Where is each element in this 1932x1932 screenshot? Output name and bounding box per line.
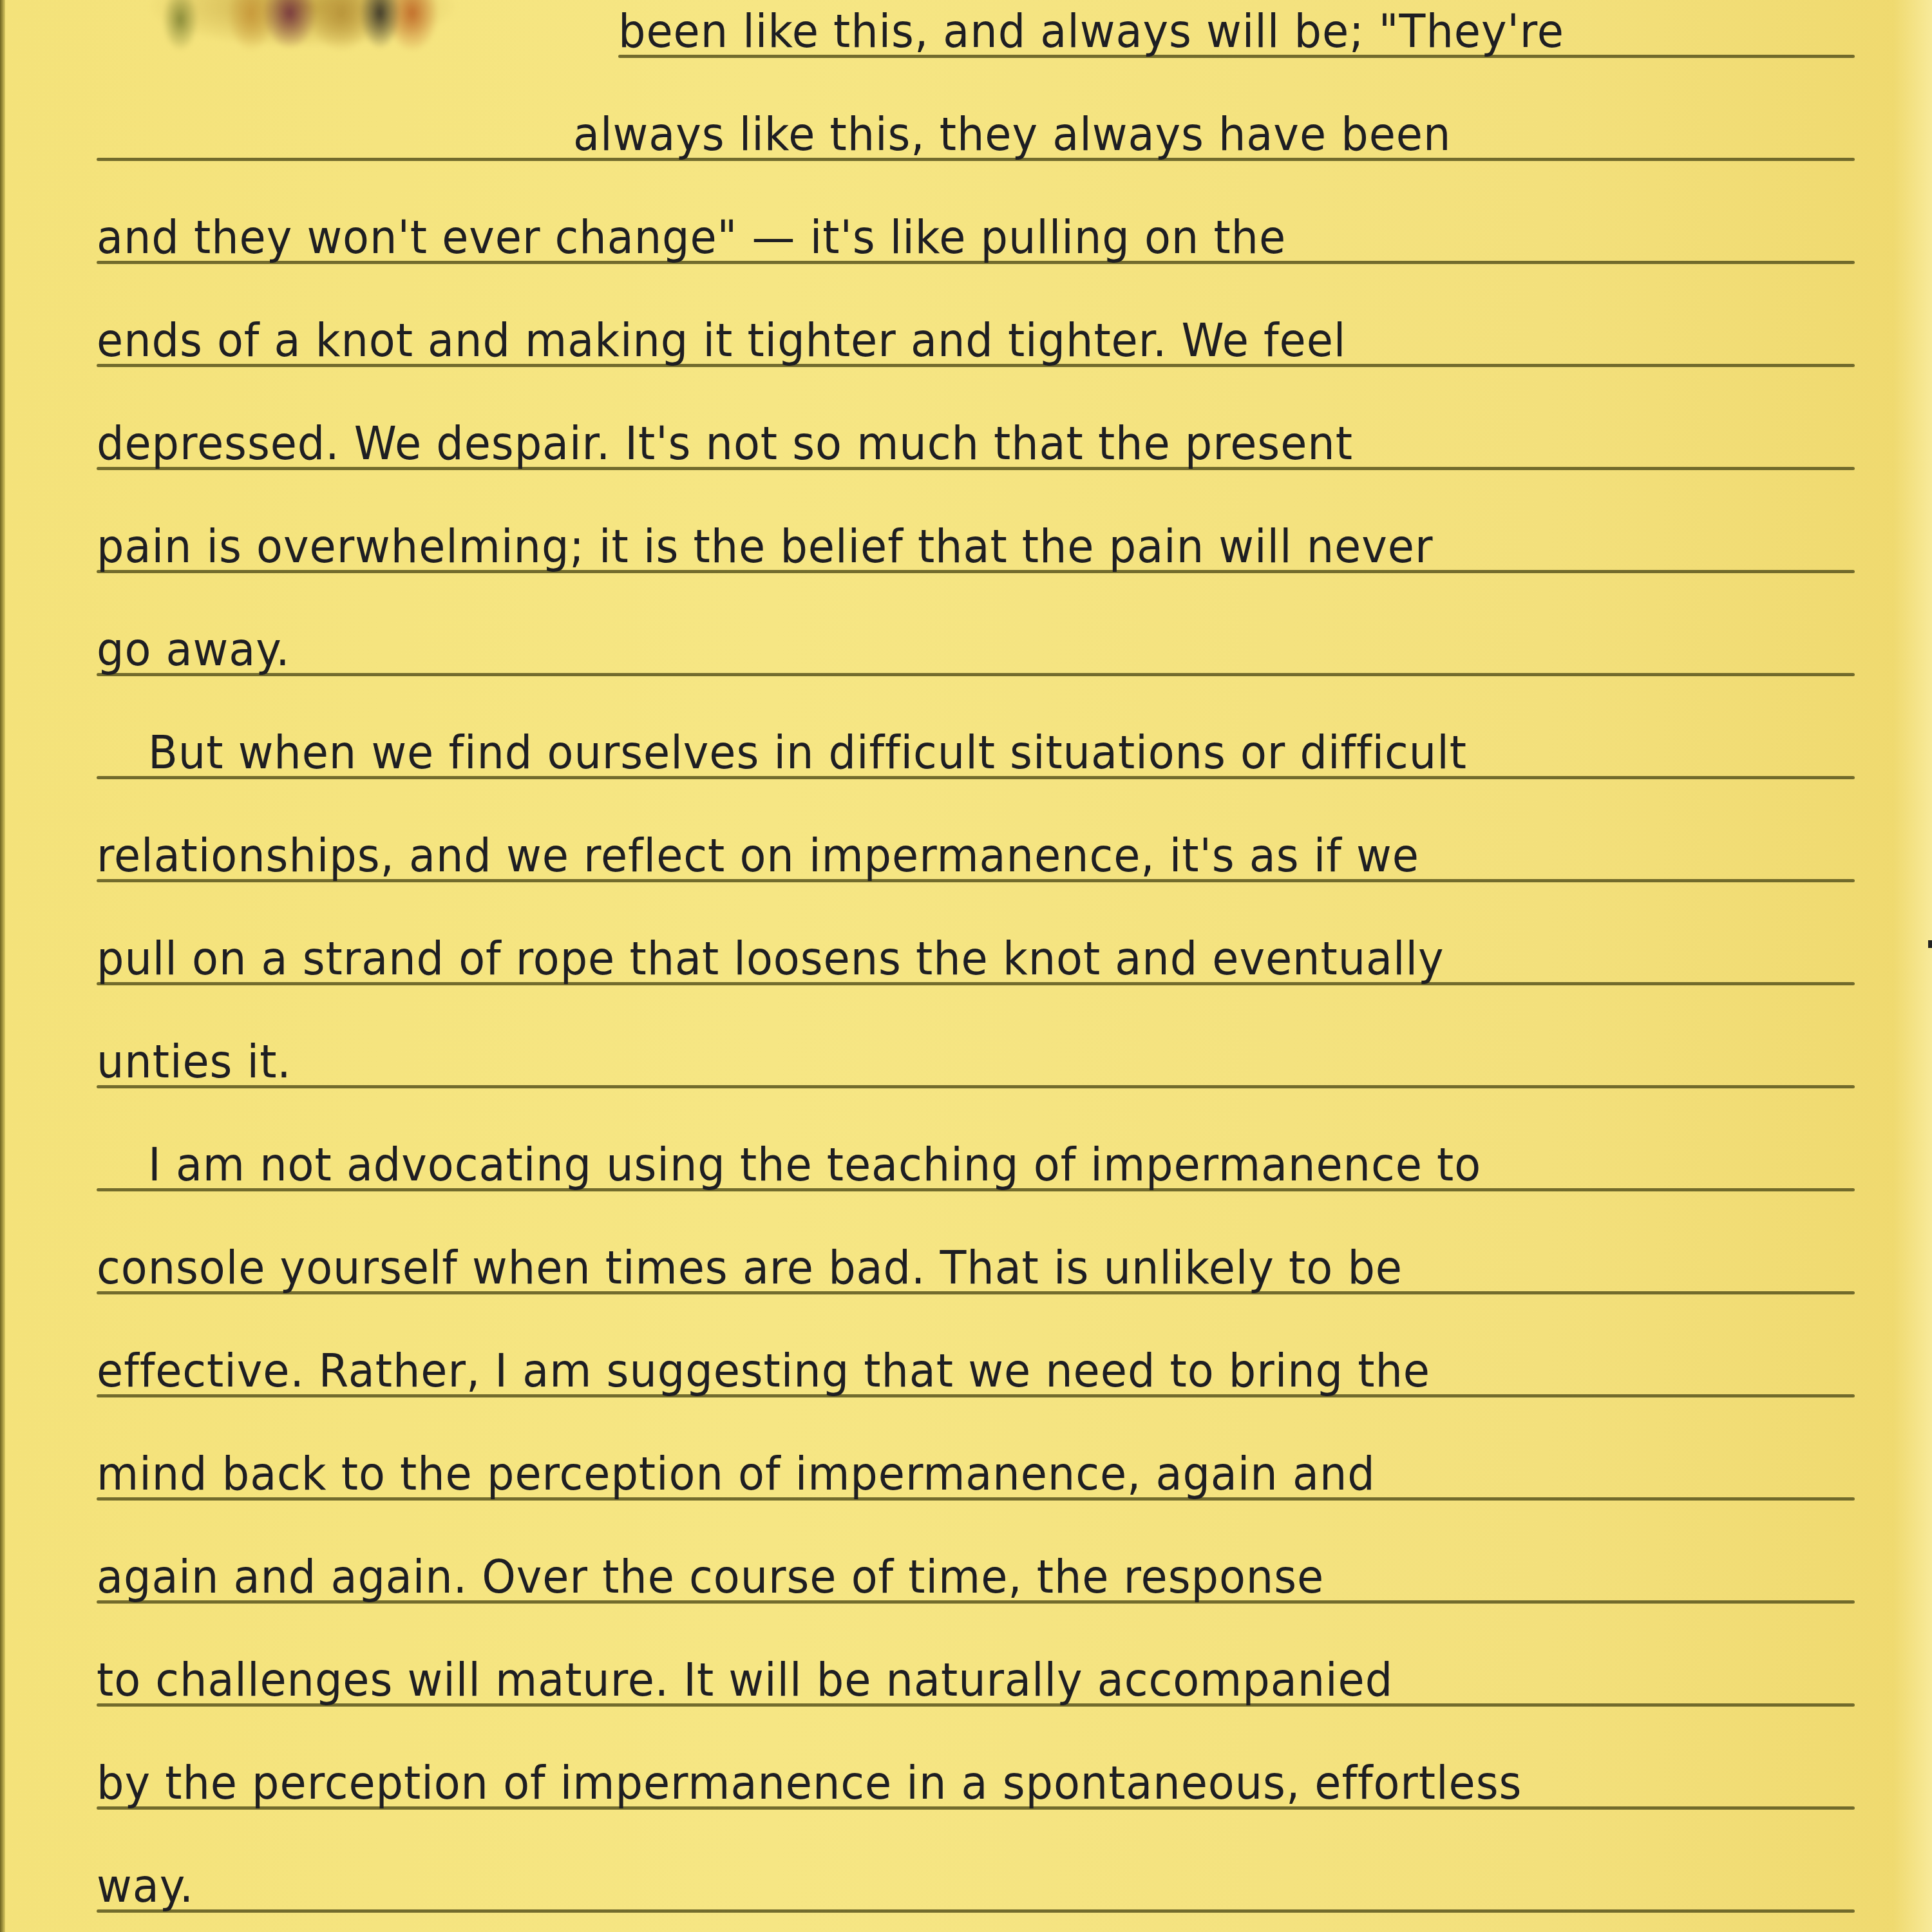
line-text: again and again. Over the course of time… [97, 1553, 1324, 1604]
line-text: unties it. [97, 1038, 292, 1088]
line-text: pull on a strand of rope that loosens th… [97, 935, 1444, 985]
text-line: effective. Rather, I am suggesting that … [97, 1327, 1855, 1397]
text-line: way. [97, 1842, 1855, 1913]
text-line: by the perception of impermanence in a s… [97, 1739, 1855, 1810]
line-text: always like this, they always have been [573, 111, 1451, 161]
line-text: console yourself when times are bad. Tha… [97, 1244, 1403, 1294]
line-text: pain is overwhelming; it is the belief t… [97, 523, 1433, 573]
text-line: again and again. Over the course of time… [97, 1533, 1855, 1604]
line-text: mind back to the perception of impermane… [97, 1450, 1376, 1501]
text-line: been like this, and always will be; "The… [618, 0, 1855, 58]
paper-left-edge [0, 0, 5, 1932]
text-line: relationships, and we reflect on imperma… [97, 811, 1855, 882]
line-text: depressed. We despair. It's not so much … [97, 420, 1353, 470]
text-line: But when we find ourselves in difficult … [97, 708, 1855, 779]
line-text: way. [97, 1862, 194, 1913]
text-line: console yourself when times are bad. Tha… [97, 1224, 1855, 1294]
line-text: relationships, and we reflect on imperma… [97, 832, 1419, 882]
paper-right-edge [1893, 0, 1932, 1932]
line-text: go away. [97, 626, 290, 676]
text-line: to challenges will mature. It will be na… [97, 1636, 1855, 1707]
text-line: always like this, they always have been [97, 90, 1855, 161]
line-text: to challenges will mature. It will be na… [97, 1656, 1393, 1707]
line-text: I am not advocating using the teaching o… [148, 1141, 1481, 1191]
text-line: pain is overwhelming; it is the belief t… [97, 502, 1855, 573]
line-text: and they won't ever change" — it's like … [97, 214, 1286, 264]
pressed-flower-icon [109, 0, 483, 64]
margin-mark [1928, 940, 1932, 948]
text-line: and they won't ever change" — it's like … [97, 193, 1855, 264]
text-line: depressed. We despair. It's not so much … [97, 399, 1855, 470]
text-line: mind back to the perception of impermane… [97, 1430, 1855, 1501]
line-text: ends of a knot and making it tighter and… [97, 317, 1346, 367]
text-line: I am not advocating using the teaching o… [97, 1121, 1855, 1191]
line-text: by the perception of impermanence in a s… [97, 1759, 1522, 1810]
text-line: go away. [97, 605, 1855, 676]
text-line: ends of a knot and making it tighter and… [97, 296, 1855, 367]
line-text: been like this, and always will be; "The… [618, 8, 1564, 58]
line-text: But when we find ourselves in difficult … [148, 729, 1467, 779]
line-text: effective. Rather, I am suggesting that … [97, 1347, 1430, 1397]
text-line: unties it. [97, 1018, 1855, 1088]
text-line: pull on a strand of rope that loosens th… [97, 914, 1855, 985]
